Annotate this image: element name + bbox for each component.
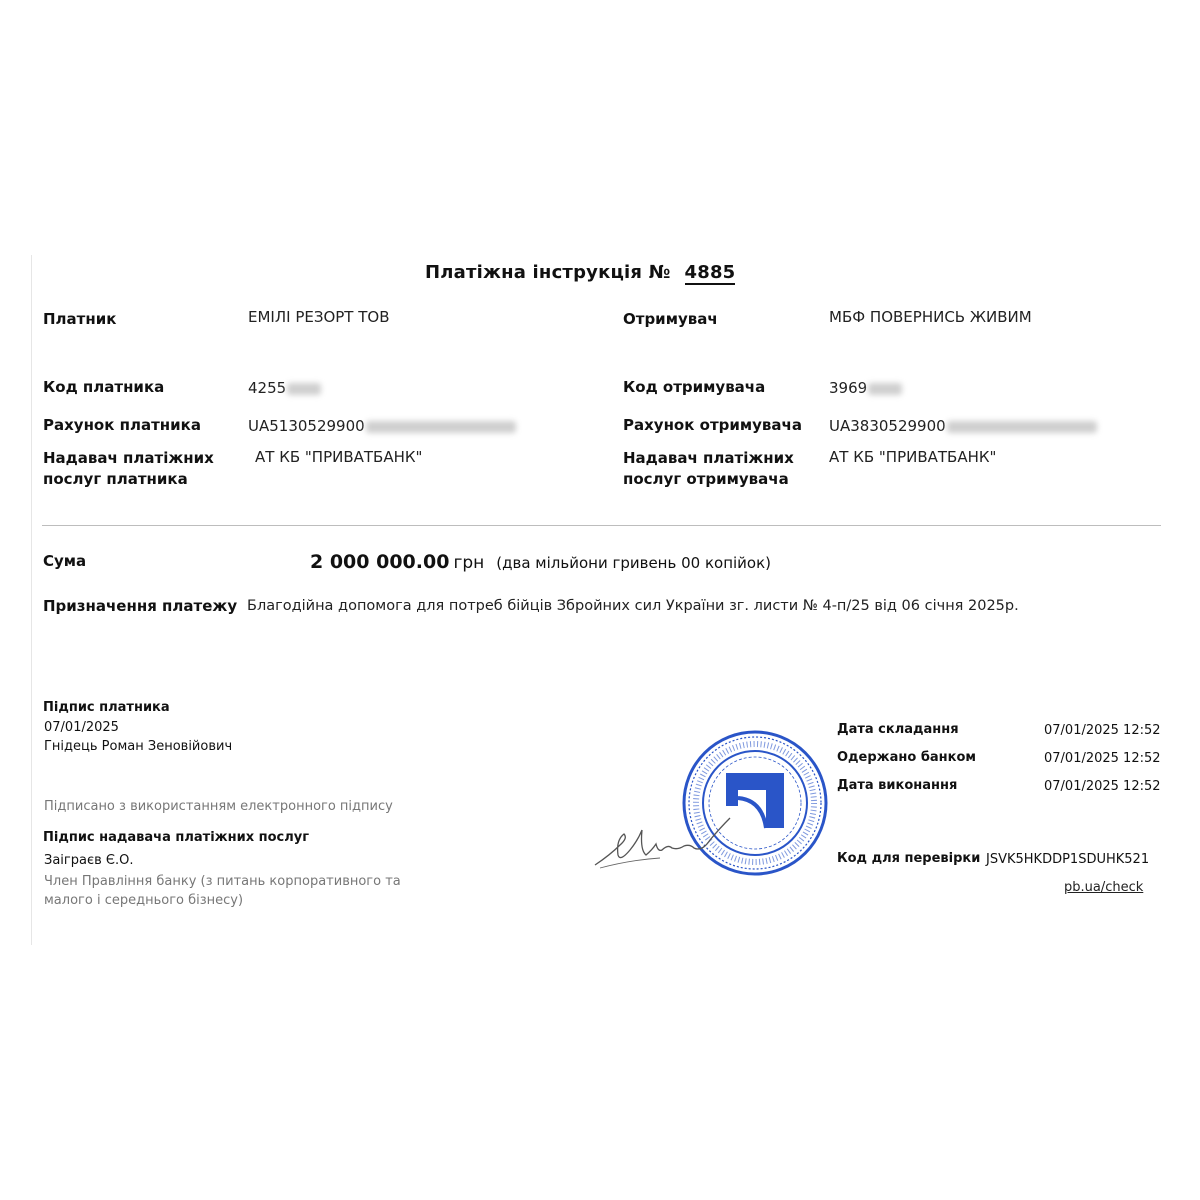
provider-signature-label: Підпис надавача платіжних послуг (43, 828, 309, 847)
amount-value: 2 000 000.00 (310, 551, 449, 573)
payer-account: UA5130529900 (248, 416, 516, 437)
verification-link[interactable]: pb.ua/check (1064, 878, 1143, 897)
provider-signature-position: Член Правління банку (з питань корпорати… (44, 872, 434, 910)
redacted-blur (287, 383, 321, 395)
redacted-blur (947, 421, 1097, 433)
date-created-value: 07/01/2025 12:52 (1044, 721, 1161, 740)
title-text: Платіжна інструкція № (425, 262, 671, 283)
redacted-blur (366, 421, 516, 433)
recipient-code: 3969 (829, 378, 902, 399)
amount-currency: грн (453, 553, 484, 573)
payer-provider-label: Надавач платіжних послуг платника (43, 448, 214, 490)
recipient-code-label: Код отримувача (623, 377, 765, 398)
date-received-value: 07/01/2025 12:52 (1044, 749, 1161, 768)
document-title: Платіжна інструкція №4885 (425, 262, 735, 285)
date-created-label: Дата складання (837, 720, 959, 739)
provider-signature-name: Заіграєв Є.О. (44, 851, 133, 870)
payer-signature-date: 07/01/2025 (44, 718, 119, 737)
redacted-blur (868, 383, 902, 395)
recipient-account-label: Рахунок отримувача (623, 415, 802, 436)
recipient-account: UA3830529900 (829, 416, 1097, 437)
purpose-label: Призначення платежу (43, 596, 237, 617)
payer-signature-label: Підпис платника (43, 698, 170, 717)
amount-words: (два мільйони гривень 00 копійок) (496, 554, 771, 572)
date-executed-value: 07/01/2025 12:52 (1044, 777, 1161, 796)
payer-name: ЕМІЛІ РЕЗОРТ ТОВ (248, 307, 390, 328)
recipient-name: МБФ ПОВЕРНИСЬ ЖИВИМ (829, 307, 1032, 328)
payer-account-label: Рахунок платника (43, 415, 201, 436)
verification-code: JSVK5HKDDP1SDUHK521 (986, 850, 1149, 869)
document-number: 4885 (685, 263, 736, 285)
payer-signature-name: Гнідець Роман Зеновійович (44, 737, 232, 756)
section-divider (42, 525, 1161, 526)
amount-row: 2 000 000.00грн(два мільйони гривень 00 … (310, 551, 771, 573)
payer-label: Платник (43, 309, 116, 330)
verification-code-label: Код для перевірки (837, 849, 980, 868)
payer-provider: АТ КБ "ПРИВАТБАНК" (255, 447, 422, 468)
purpose-text: Благодійна допомога для потреб бійців Зб… (247, 596, 1019, 617)
date-received-label: Одержано банком (837, 748, 976, 767)
e-signature-note: Підписано з використанням електронного п… (44, 797, 393, 816)
recipient-label: Отримувач (623, 309, 718, 330)
recipient-provider: АТ КБ "ПРИВАТБАНК" (829, 447, 996, 468)
payer-code: 4255 (248, 378, 321, 399)
handwritten-signature-icon (590, 800, 740, 884)
recipient-provider-label: Надавач платіжних послуг отримувача (623, 448, 794, 490)
amount-label: Сума (43, 551, 86, 572)
date-executed-label: Дата виконання (837, 776, 957, 795)
payer-code-label: Код платника (43, 377, 164, 398)
